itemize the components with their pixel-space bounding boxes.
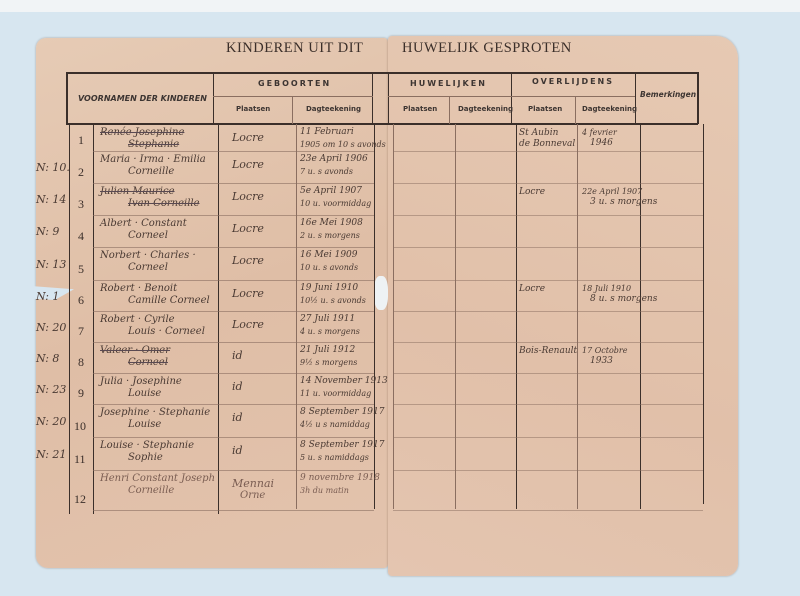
birth-place: Locre bbox=[232, 288, 264, 299]
header-huwelijken: HUWELIJKEN bbox=[410, 79, 487, 88]
birth-date-line2: 10½ u. s avonds bbox=[300, 295, 366, 306]
birth-place: id bbox=[232, 350, 243, 361]
row-rule bbox=[393, 470, 703, 471]
death-place-line1: Locre bbox=[519, 284, 545, 295]
birth-place: id bbox=[232, 412, 243, 423]
row-number: 3 bbox=[78, 197, 84, 212]
birth-date-line2: 2 u. s morgens bbox=[300, 230, 360, 241]
death-place-line1: Locre bbox=[519, 187, 545, 198]
birth-place: id bbox=[232, 381, 243, 392]
header-overlijdens-plaatsen: Plaatsen bbox=[528, 105, 562, 113]
rule bbox=[455, 124, 456, 509]
title-left: KINDEREN UIT DIT bbox=[226, 40, 363, 57]
row-rule bbox=[393, 404, 703, 405]
title-right: HUWELIJK GESPROTEN bbox=[402, 40, 572, 57]
header-overlijdens: OVERLIJDENS bbox=[532, 77, 614, 86]
row-number: 8 bbox=[78, 355, 84, 370]
rule bbox=[69, 124, 70, 514]
birth-date-line1: 11 Februari bbox=[300, 127, 354, 138]
birth-place: Mennai bbox=[232, 478, 274, 489]
birth-place: Locre bbox=[232, 319, 264, 330]
rule bbox=[640, 124, 641, 509]
rule bbox=[516, 124, 517, 509]
child-name-line1: Norbert · Charles · bbox=[100, 250, 196, 261]
child-name-line2: Ivan Corneille bbox=[128, 198, 200, 209]
row-rule bbox=[93, 183, 374, 184]
header-bemerkingen: Bemerkingen bbox=[640, 90, 696, 99]
header-bottom-rule bbox=[66, 123, 698, 125]
birth-date-line1: 8 September 1917 bbox=[300, 407, 384, 418]
death-place-line2: de Bonneval bbox=[519, 139, 575, 150]
child-name-line2: Louise bbox=[128, 388, 161, 399]
row-rule bbox=[93, 373, 374, 374]
death-date-line2: 1933 bbox=[590, 356, 613, 367]
register-ref: N: 20 bbox=[36, 321, 66, 334]
child-name-line2: Camille Corneel bbox=[128, 295, 210, 306]
child-name-line1: Valeer · Omer bbox=[100, 345, 170, 356]
row-rule bbox=[93, 311, 374, 312]
row-rule bbox=[393, 342, 703, 343]
row-number: 10 bbox=[74, 419, 86, 434]
paper-hole bbox=[374, 276, 388, 310]
child-name-line1: Josephine · Stephanie bbox=[100, 407, 210, 418]
death-date-line1: 17 Octobre bbox=[582, 345, 627, 356]
row-rule bbox=[393, 373, 703, 374]
death-date-line2: 8 u. s morgens bbox=[590, 294, 657, 305]
row-number: 11 bbox=[74, 452, 86, 467]
rule bbox=[213, 72, 214, 124]
row-rule bbox=[393, 510, 703, 511]
birth-date-line1: 9 novembre 1918 bbox=[300, 473, 380, 484]
child-name-line1: Julia · Josephine bbox=[100, 376, 182, 387]
birth-date-line1: 8 September 1917 bbox=[300, 440, 384, 451]
death-date-line2: 3 u. s morgens bbox=[590, 197, 657, 208]
register-ref: N: 8 bbox=[36, 352, 59, 365]
birth-date-line2: 10 u. s avonds bbox=[300, 262, 358, 273]
child-name-line2: Corneille bbox=[128, 166, 174, 177]
death-place-line1: St Aubin bbox=[519, 128, 558, 139]
register-ref: N: 23 bbox=[36, 383, 66, 396]
scan-background bbox=[0, 0, 800, 12]
child-name-line2: Sophie bbox=[128, 452, 163, 463]
header-geboorten: GEBOORTEN bbox=[258, 79, 331, 88]
rule bbox=[393, 124, 394, 509]
row-number: 5 bbox=[78, 262, 84, 277]
row-rule bbox=[93, 342, 374, 343]
child-name-line1: Henri Constant Joseph bbox=[100, 473, 215, 484]
birth-date-line1: 23e April 1906 bbox=[300, 154, 368, 165]
birth-place: id bbox=[232, 445, 243, 456]
birth-date-line1: 5e April 1907 bbox=[300, 186, 362, 197]
birth-date-line1: 16 Mei 1909 bbox=[300, 250, 358, 261]
child-name-line2: Corneel bbox=[128, 357, 168, 368]
rule bbox=[703, 124, 704, 504]
death-date-line1: 18 Juli 1910 bbox=[582, 283, 631, 294]
row-rule bbox=[393, 215, 703, 216]
rule bbox=[66, 72, 68, 124]
register-ref: N: 21 bbox=[36, 448, 66, 461]
child-name-line1: Renée Josephine bbox=[100, 127, 184, 138]
row-rule bbox=[393, 437, 703, 438]
child-name-line1: Maria · Irma · Emilia bbox=[100, 154, 206, 165]
row-number: 1 bbox=[78, 133, 84, 148]
child-name-line2: Stephanie bbox=[128, 139, 179, 150]
row-rule bbox=[93, 247, 374, 248]
header-overlijdens-dagteekening: Dagteekening bbox=[582, 105, 637, 113]
child-name-line1: Louise · Stephanie bbox=[100, 440, 194, 451]
rule bbox=[575, 96, 576, 124]
row-rule bbox=[93, 437, 374, 438]
rule bbox=[374, 124, 375, 509]
child-name-line1: Albert · Constant bbox=[100, 218, 187, 229]
child-name-line1: Robert · Benoit bbox=[100, 283, 177, 294]
row-number: 4 bbox=[78, 229, 84, 244]
birth-place: Locre bbox=[232, 191, 264, 202]
child-name-line2: Louise bbox=[128, 419, 161, 430]
row-rule bbox=[393, 247, 703, 248]
birth-place: Locre bbox=[232, 159, 264, 170]
birth-date-line2: 4½ u s namiddag bbox=[300, 419, 370, 430]
birth-date-line2: 3h du matin bbox=[300, 485, 349, 496]
birth-date-line2: 1905 om 10 s avonds bbox=[300, 139, 386, 150]
birth-date-line2: 10 u. voormiddag bbox=[300, 198, 371, 209]
right-page bbox=[388, 36, 738, 576]
rule bbox=[372, 72, 373, 124]
birth-date-line2: 4 u. s morgens bbox=[300, 326, 360, 337]
birth-place-line2: Orne bbox=[240, 490, 265, 501]
child-name-line2: Corneille bbox=[128, 485, 174, 496]
death-date-line1: 4 fevrier bbox=[582, 127, 617, 138]
death-date-line2: 1946 bbox=[590, 138, 613, 149]
birth-date-line1: 14 November 1913 bbox=[300, 376, 388, 387]
register-ref: N: 13 bbox=[36, 258, 66, 271]
header-huwelijken-plaatsen: Plaatsen bbox=[403, 105, 437, 113]
child-name-line2: Corneel bbox=[128, 230, 168, 241]
birth-date-line1: 16e Mei 1908 bbox=[300, 218, 363, 229]
register-ref: N: 20 bbox=[36, 415, 66, 428]
rule bbox=[697, 72, 699, 124]
birth-place: Locre bbox=[232, 223, 264, 234]
row-rule bbox=[93, 280, 374, 281]
register-ref: N: 10. bbox=[36, 161, 70, 174]
row-rule bbox=[93, 404, 374, 405]
header-huwelijken-dagteekening: Dagteekening bbox=[458, 105, 513, 113]
row-rule bbox=[393, 183, 703, 184]
rule bbox=[296, 124, 297, 509]
rule bbox=[577, 124, 578, 509]
rule bbox=[511, 72, 512, 124]
rule bbox=[388, 72, 389, 124]
birth-date-line2: 9½ s morgens bbox=[300, 357, 357, 368]
row-rule bbox=[93, 215, 374, 216]
rule bbox=[449, 96, 450, 124]
row-number: 12 bbox=[74, 492, 86, 507]
child-name-line1: Julien Maurice bbox=[100, 186, 175, 197]
header-geboorten-dagteekening: Dagteekening bbox=[306, 105, 361, 113]
row-number: 2 bbox=[78, 165, 84, 180]
row-number: 9 bbox=[78, 386, 84, 401]
rule bbox=[292, 96, 293, 124]
birth-date-line1: 19 Juni 1910 bbox=[300, 283, 358, 294]
row-number: 6 bbox=[78, 293, 84, 308]
child-name-line1: Robert · Cyrile bbox=[100, 314, 175, 325]
rule bbox=[635, 72, 636, 124]
row-rule bbox=[93, 470, 374, 471]
birth-date-line1: 21 Juli 1912 bbox=[300, 345, 355, 356]
death-place-line1: Bois-Renault bbox=[519, 346, 577, 357]
register-ref: N: 9 bbox=[36, 225, 59, 238]
child-name-line2: Corneel bbox=[128, 262, 168, 273]
row-rule bbox=[393, 311, 703, 312]
death-date-line1: 22e April 1907 bbox=[582, 186, 642, 197]
rule bbox=[388, 96, 635, 97]
register-ref: N: 14 bbox=[36, 193, 66, 206]
birth-date-line2: 7 u. s avonds bbox=[300, 166, 353, 177]
header-geboorten-plaatsen: Plaatsen bbox=[236, 105, 270, 113]
row-rule bbox=[393, 280, 703, 281]
rule bbox=[213, 96, 373, 97]
header-voornamen: VOORNAMEN DER KINDEREN bbox=[78, 94, 207, 103]
birth-place: Locre bbox=[232, 255, 264, 266]
birth-date-line2: 11 u. voormiddag bbox=[300, 388, 371, 399]
row-number: 7 bbox=[78, 324, 84, 339]
birth-date-line1: 27 Juli 1911 bbox=[300, 314, 355, 325]
row-rule bbox=[93, 151, 374, 152]
register-ref: N: 1 bbox=[36, 290, 59, 303]
birth-place: Locre bbox=[232, 132, 264, 143]
header-top-rule bbox=[66, 72, 698, 74]
row-rule bbox=[93, 510, 374, 511]
row-rule bbox=[393, 151, 703, 152]
birth-date-line2: 5 u. s namiddags bbox=[300, 452, 369, 463]
child-name-line2: Louis · Corneel bbox=[128, 326, 205, 337]
